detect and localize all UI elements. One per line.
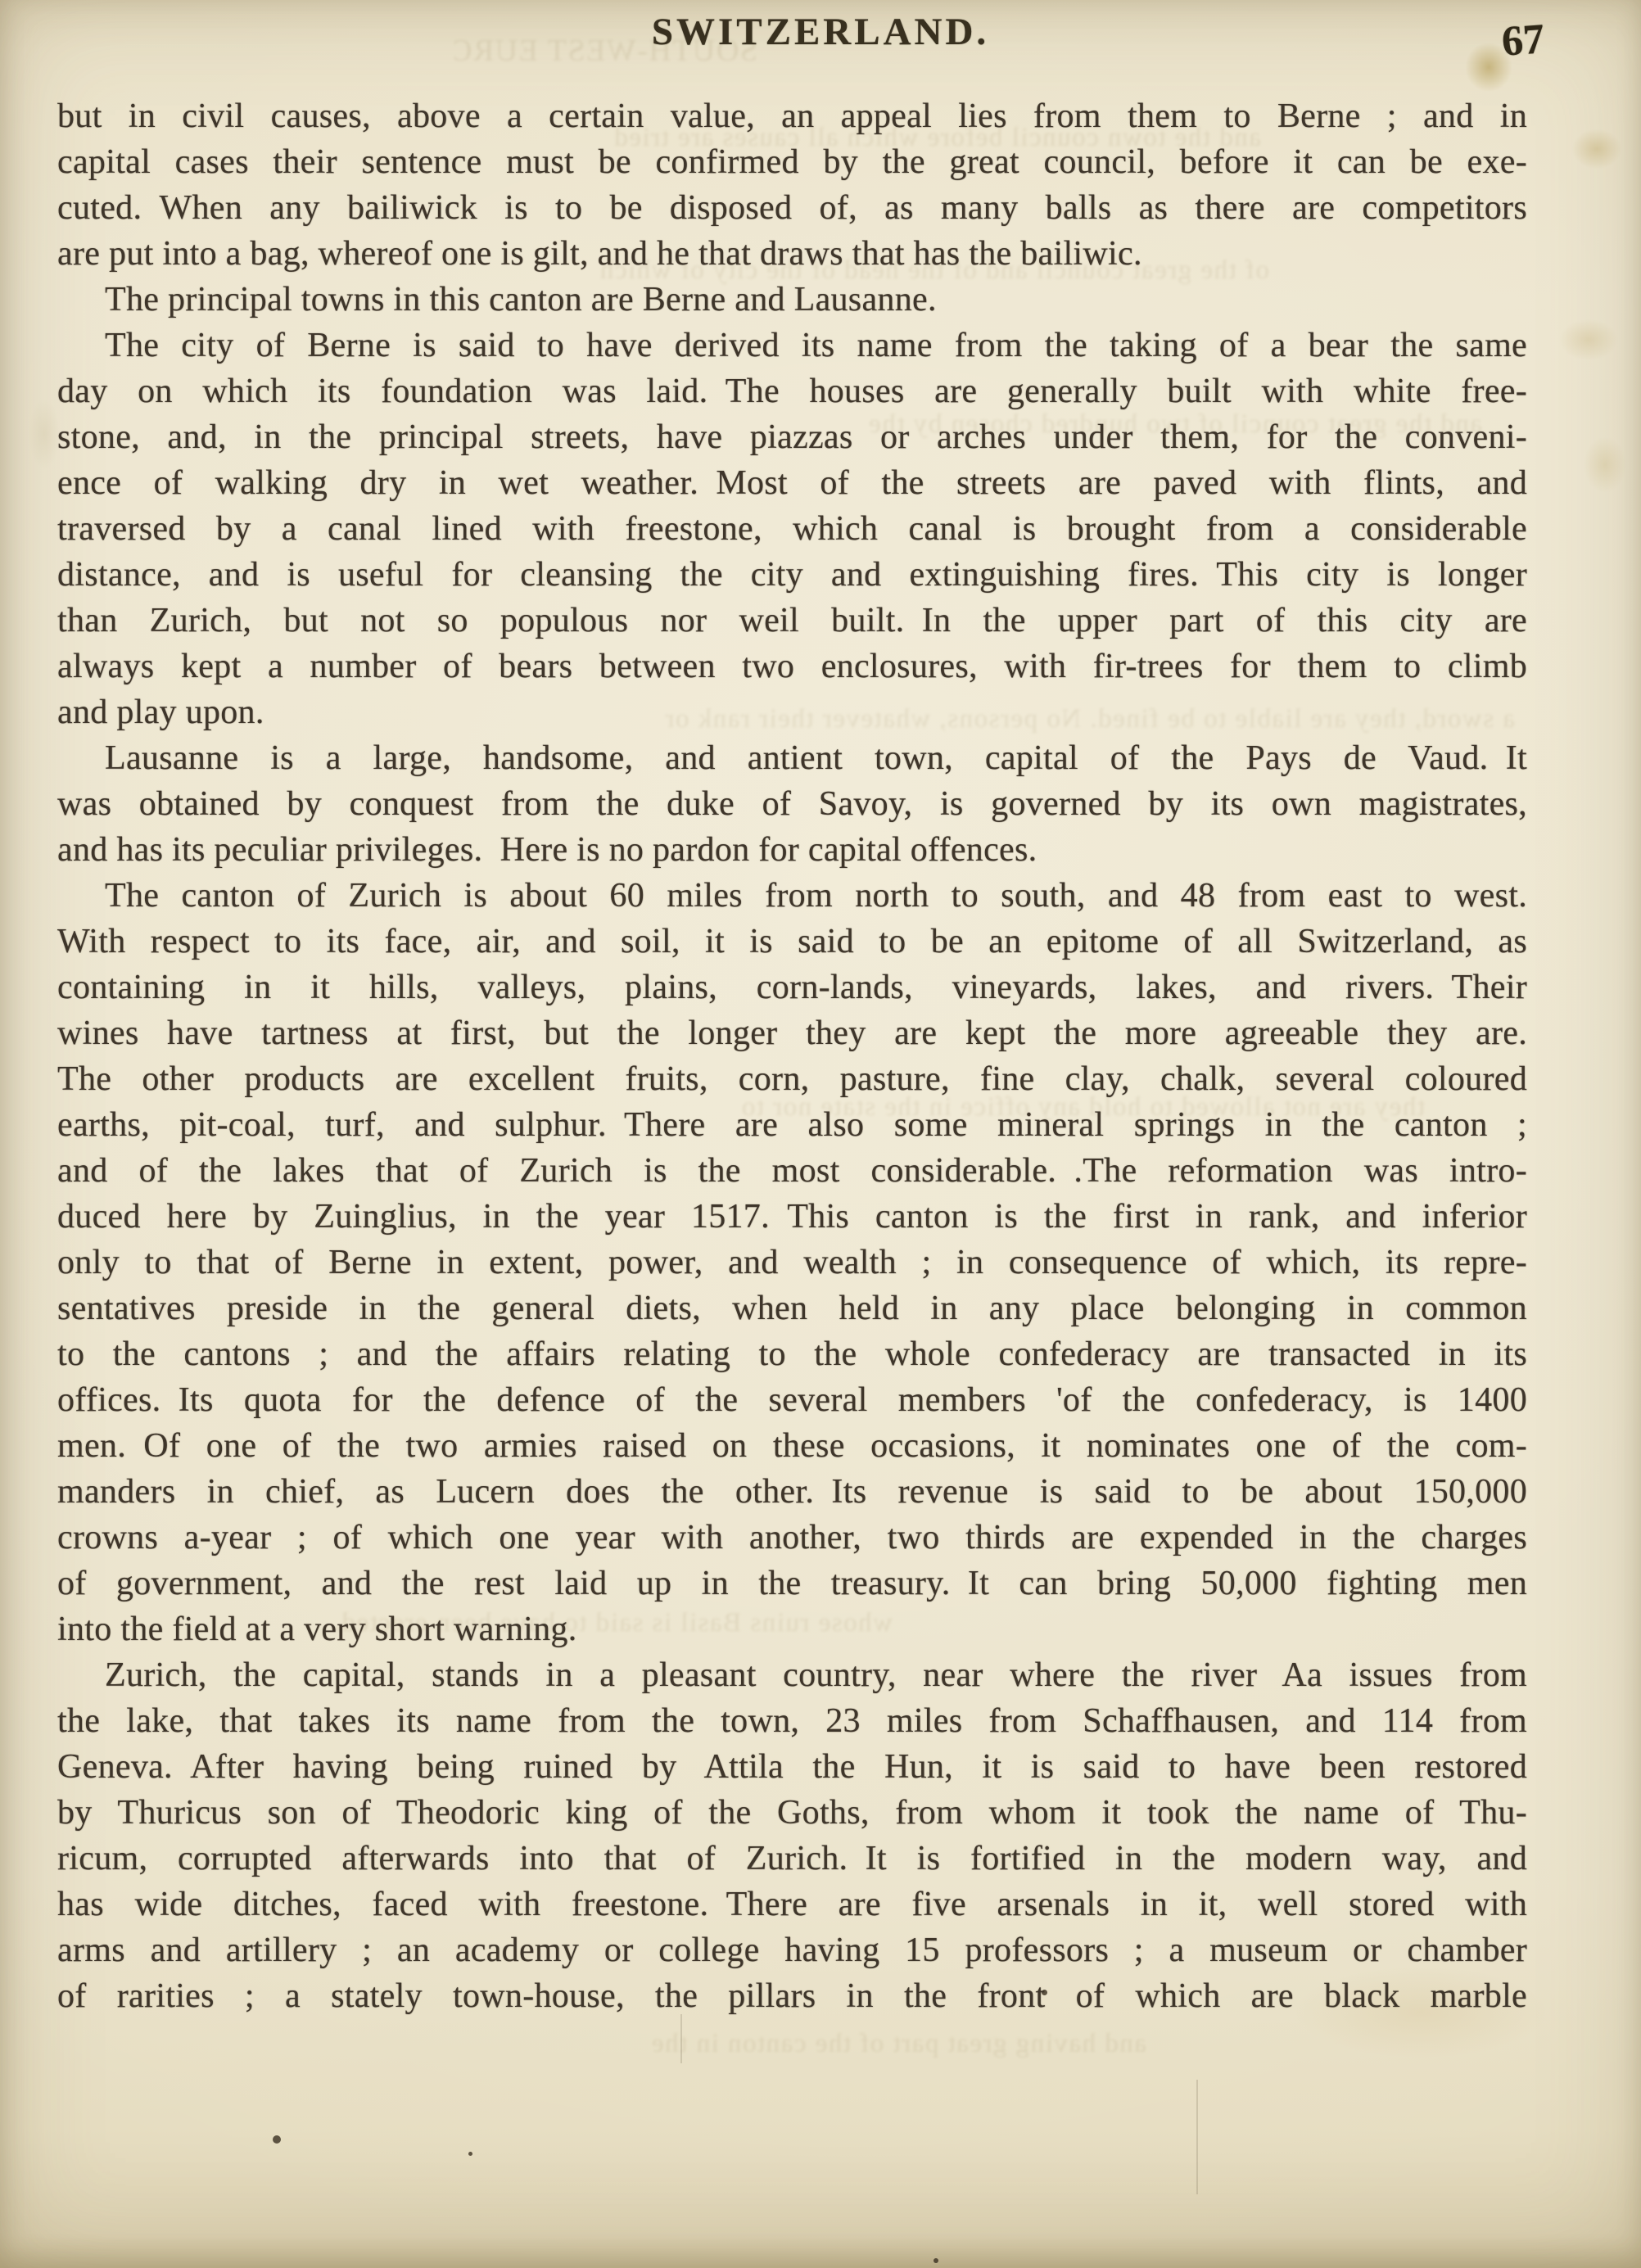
text-line: the lake, that takes its name from the t… xyxy=(57,1698,1527,1744)
paper-crease-line xyxy=(1196,2080,1198,2194)
text-line: wines have tartness at first, but the lo… xyxy=(57,1010,1527,1056)
text-line: ricum, corrupted afterwards into that of… xyxy=(57,1836,1527,1882)
text-line: men. Of one of the two armies raised on … xyxy=(57,1423,1527,1469)
text-line: earths, pit-coal, turf, and sulphur. The… xyxy=(57,1102,1527,1148)
text-line: Geneva. After having being ruined by Att… xyxy=(57,1744,1527,1790)
page-number: 67 xyxy=(1500,15,1546,66)
text-line: duced here by Zuinglius, in the year 151… xyxy=(57,1194,1527,1240)
paper-stain xyxy=(1548,311,1630,368)
text-line: sentatives preside in the general diets,… xyxy=(57,1285,1527,1331)
text-line: capital cases their sentence must be con… xyxy=(57,139,1527,185)
text-line: by Thuricus son of Theodoric king of the… xyxy=(57,1790,1527,1836)
text-line: are put into a bag, whereof one is gilt,… xyxy=(57,231,1527,277)
text-line: has wide ditches, faced with freestone. … xyxy=(57,1882,1527,1927)
text-line: Zurich, the capital, stands in a pleasan… xyxy=(57,1652,1527,1698)
ink-speck xyxy=(468,2152,472,2156)
text-line: ence of walking dry in wet weather. Most… xyxy=(57,460,1527,506)
text-line: of government, and the rest laid up in t… xyxy=(57,1561,1527,1606)
text-line: With respect to its face, air, and soil,… xyxy=(57,919,1527,965)
text-line: containing in it hills, valleys, plains,… xyxy=(57,965,1527,1010)
text-line: traversed by a canal lined with freeston… xyxy=(57,506,1527,552)
text-line: than Zurich, but not so populous nor wei… xyxy=(57,598,1527,644)
paper-crease-line xyxy=(680,2014,682,2063)
text-line: The principal towns in this canton are B… xyxy=(57,277,1527,323)
text-line: only to that of Berne in extent, power, … xyxy=(57,1240,1527,1285)
text-line: arms and artillery ; an academy or colle… xyxy=(57,1927,1527,1973)
paper-stain xyxy=(1562,121,1631,177)
text-line: offices. Its quota for the defence of th… xyxy=(57,1377,1527,1423)
text-line: crowns a-year ; of which one year with a… xyxy=(57,1515,1527,1561)
text-line: and of the lakes that of Zurich is the m… xyxy=(57,1148,1527,1194)
ink-speck xyxy=(273,2135,281,2144)
text-line: and has its peculiar privileges. Here is… xyxy=(57,827,1527,873)
text-line: of rarities ; a stately town-house, the … xyxy=(57,1973,1527,2019)
text-line: stone, and, in the principal streets, ha… xyxy=(57,414,1527,460)
text-line: The canton of Zurich is about 60 miles f… xyxy=(57,873,1527,919)
text-line: day on which its foundation was laid. Th… xyxy=(57,368,1527,414)
text-line: Lausanne is a large, handsome, and antie… xyxy=(57,735,1527,781)
showthrough-ghost-text: and having great part of the canton in t… xyxy=(459,2029,1146,2059)
book-page: SOUTH-WEST EUROPE.and the town council b… xyxy=(0,0,1641,2268)
text-line: distance, and is useful for cleansing th… xyxy=(57,552,1527,598)
text-line: cuted. When any bailiwick is to be dispo… xyxy=(57,185,1527,231)
paper-stain xyxy=(1575,426,1634,504)
text-line: was obtained by conquest from the duke o… xyxy=(57,781,1527,827)
page-title: SWITZERLAND. xyxy=(0,10,1641,54)
text-block: but in civil causes, above a certain val… xyxy=(57,93,1527,2019)
text-line: but in civil causes, above a certain val… xyxy=(57,93,1527,139)
text-line: and play upon. xyxy=(57,689,1527,735)
text-line: to the cantons ; and the affairs relatin… xyxy=(57,1331,1527,1377)
text-line: always kept a number of bears between tw… xyxy=(57,644,1527,689)
text-line: into the field at a very short warning. xyxy=(57,1606,1527,1652)
text-line: The other products are excellent fruits,… xyxy=(57,1056,1527,1102)
ink-speck xyxy=(934,2258,938,2263)
text-line: The city of Berne is said to have derive… xyxy=(57,323,1527,368)
text-line: manders in chief, as Lucern does the oth… xyxy=(57,1469,1527,1515)
